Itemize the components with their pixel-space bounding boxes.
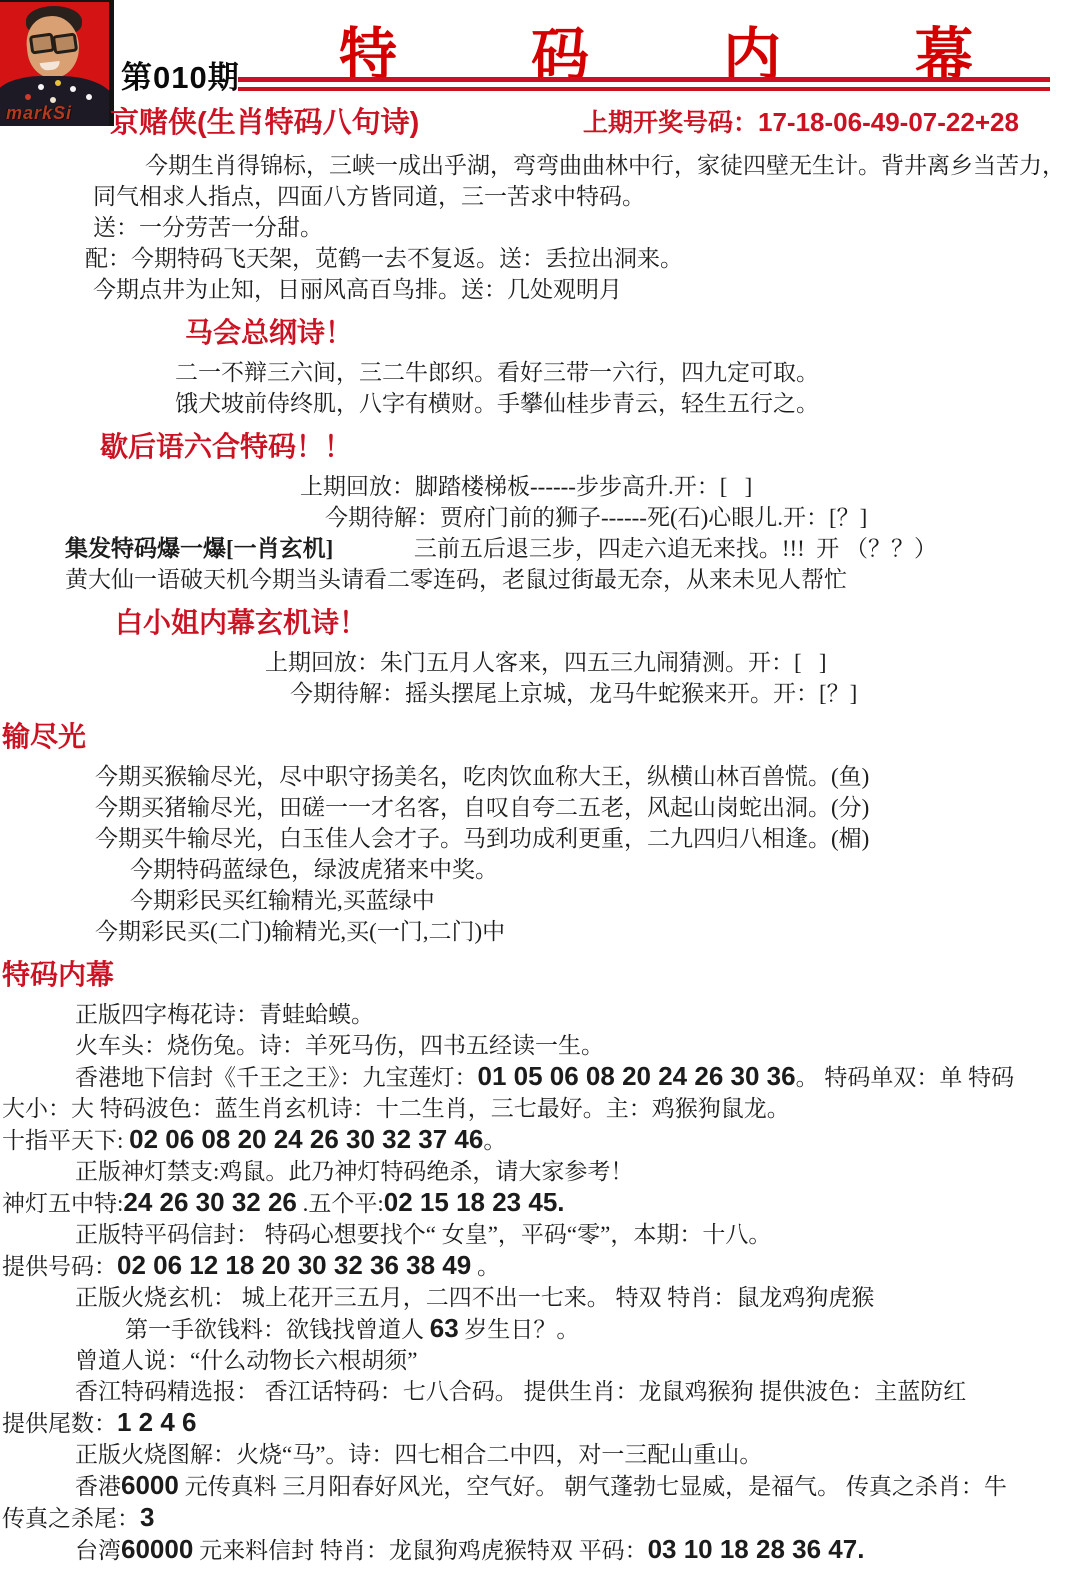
title-underline-bottom	[238, 87, 1050, 91]
number-run: 6000	[121, 1470, 179, 1500]
previous-draw: 上期开奖号码：17-18-06-49-07-22+28	[583, 103, 1019, 139]
text-segment: 特码内幕	[2, 959, 114, 990]
text-segment: 香港地下信封《千王之王》：九宝莲灯：	[75, 1065, 478, 1090]
text-segment: 二一不辩三六间，三二牛郎织。看好三带一六行，四九定可取。	[175, 360, 819, 385]
zengdaoren-line: 曾道人说：“什么动物长六根胡须”	[75, 1345, 1068, 1376]
number-run: 02 15 18 23 45.	[384, 1187, 565, 1217]
mahui-line-1: 二一不辩三六间，三二牛郎织。看好三带一六行，四九定可取。	[175, 357, 1068, 388]
text-segment: 今期待解：摇头摆尾上京城，龙马牛蛇猴来开。开：[？]	[290, 681, 857, 706]
text-segment: 集发特码爆一爆[一肖玄机]	[65, 536, 333, 561]
poem-line-3: 送：一分劳苦一分甜。	[93, 212, 1068, 243]
shendeng-jin-line: 正版神灯禁支:鸡鼠。此乃神灯特码绝杀，请大家参考！	[75, 1156, 1068, 1187]
shendeng-wu-line: 神灯五中特:24 26 30 32 26 .五个平:02 15 18 23 45…	[2, 1187, 1068, 1219]
baixiaojie-current: 今期待解：摇头摆尾上京城，龙马牛蛇猴来开。开：[？]	[290, 678, 1068, 709]
text-segment: 。 特码单双：单 特码	[796, 1065, 1015, 1090]
text-segment: 传真之杀尾：	[2, 1506, 140, 1531]
photo-watermark: markSi	[6, 103, 72, 124]
shujinguang-ox: 今期买牛输尽光，白玉佳人会才子。马到功成利更重，二九四归八相逢。(楣)	[95, 823, 1068, 854]
text-segment: 正版神灯禁支:鸡鼠。此乃神灯特码绝杀，请大家参考！	[75, 1159, 633, 1184]
huoshao-tujie-line: 正版火烧图解：火烧“马”。诗：四七相合二中四，对一三配山重山。	[75, 1439, 1068, 1470]
text-segment: 黄大仙一语破天机今期当头请看二零连码，老鼠过街最无奈，从来未见人帮忙	[65, 567, 847, 592]
xinfeng-line: 香港地下信封《千王之王》：九宝莲灯：01 05 06 08 20 24 26 3…	[75, 1061, 1068, 1093]
shujinguang-monkey: 今期买猴输尽光，尽中职守扬美名，吃肉饮血称大王，纵横山林百兽慌。(鱼)	[95, 761, 1068, 792]
tip-sheet-page: markSi 第010期 特 码 内 幕 京赌侠(生肖特码八句诗) 上期开奖号码…	[0, 0, 1068, 1575]
shujinguang-red: 今期彩民买红输精光,买蓝绿中	[130, 885, 1068, 916]
text-segment: 正版火烧图解：火烧“马”。诗：四七相合二中四，对一三配山重山。	[75, 1442, 762, 1467]
text-segment: 今期买猪输尽光，田磋一一才名客，自叹自夸二五老，风起山岗蛇出洞。(分)	[95, 795, 869, 820]
tigong-haoma-line: 提供号码：02 06 12 18 20 30 32 36 38 49 。	[2, 1250, 1068, 1282]
poem-line-2: 同气相求人指点，四面八方皆同道，三一苦求中特码。	[93, 181, 1068, 212]
text-segment: 今期买猴输尽光，尽中职守扬美名，吃肉饮血称大王，纵横山林百兽慌。(鱼)	[95, 764, 869, 789]
previous-draw-label: 上期开奖号码：	[583, 109, 758, 137]
number-run: 03 10 18 28 36 47.	[648, 1534, 865, 1564]
text-segment: 香港	[75, 1474, 121, 1499]
xiehouyu-prev: 上期回放：脚踏楼梯板------步步高升.开：[ ]	[300, 471, 1068, 502]
heading-shujinguang: 输尽光	[2, 717, 1068, 757]
text-segment: 今期彩民买(二门)输精光,买(一门,二门)中	[95, 919, 505, 944]
number-run: 24 26 30 32 26	[123, 1187, 297, 1217]
glasses-icon	[29, 32, 55, 54]
text-segment: 。	[483, 1128, 506, 1153]
photo-dot	[70, 86, 76, 92]
text-segment: .五个平:	[297, 1191, 384, 1216]
heading-temaneimu: 特码内幕	[2, 955, 1068, 995]
number-run: 3	[140, 1502, 154, 1532]
huangdaxian-line: 黄大仙一语破天机今期当头请看二零连码，老鼠过街最无奈，从来未见人帮忙	[65, 564, 1068, 595]
text-segment: 白小姐内幕玄机诗！	[115, 607, 367, 638]
document-body: 今期生肖得锦标，三峡一成出乎湖，弯弯曲曲林中行，家徒四壁无生计。背井离乡当苦力，…	[0, 150, 1068, 1566]
text-segment: 上期回放：脚踏楼梯板------步步高升.开：[ ]	[300, 474, 752, 499]
heading-mahui: 马会总纲诗！	[185, 313, 1068, 353]
text-segment: 元传真料 三月阳春好风光，空气好。 朝气蓬勃七显威，是福气。 传真之杀肖：牛	[179, 1474, 1007, 1499]
text-segment: 今期点井为止知，日丽风高百鸟排。送：几处观明月	[93, 277, 622, 302]
teping-line: 正版特平码信封： 特码心想要找个“ 女皇”，平码“零”，本期：十八。	[75, 1219, 1068, 1250]
text-segment: 火车头：烧伤兔。诗：羊死马伤，四书五经读一生。	[75, 1033, 604, 1058]
huoshao-xuanji-line: 正版火烧玄机： 城上花开三五月，二四不出一七来。 特双 特肖：鼠龙鸡狗虎猴	[75, 1282, 1068, 1313]
text-segment: 提供尾数：	[2, 1411, 117, 1436]
huochetou-line: 火车头：烧伤兔。诗：羊死马伤，四书五经读一生。	[75, 1030, 1068, 1061]
poem-line-4: 配：今期特码飞天架，苋鹤一去不复返。送：丢拉出洞来。	[85, 243, 1068, 274]
text-segment: 十指平天下:	[2, 1128, 129, 1153]
text-segment: 马会总纲诗！	[185, 317, 353, 348]
shizhi-line: 十指平天下: 02 06 08 20 24 26 30 32 37 46。	[2, 1124, 1068, 1156]
shujinguang-door: 今期彩民买(二门)输精光,买(一门,二门)中	[95, 916, 1068, 947]
mahui-line-2: 饿犬坡前侍终肌，八字有横财。手攀仙桂步青云，轻生五行之。	[175, 388, 1068, 419]
number-run: 02 06 08 20 24 26 30 32 37 46	[129, 1124, 483, 1154]
text-segment: 今期生肖得锦标，三峡一成出乎湖，弯弯曲曲林中行，家徒四壁无生计。背井离乡当苦力，	[145, 153, 1065, 178]
text-segment: 三前五后退三步，四走六追无来找。!!! 开 （？？）	[333, 536, 937, 561]
text-segment: 提供号码：	[2, 1254, 117, 1279]
publisher-photo: markSi	[0, 0, 114, 126]
shujinguang-pig: 今期买猪输尽光，田磋一一才名客，自叹自夸二五老，风起山岗蛇出洞。(分)	[95, 792, 1068, 823]
text-segment: 上期回放：朱门五月人客来，四五三九闹猜测。开：[ ]	[265, 650, 827, 675]
text-segment: 今期买牛输尽光，白玉佳人会才子。马到功成利更重，二九四归八相逢。(楣)	[95, 826, 869, 851]
poem-line-5: 今期点井为止知，日丽风高百鸟排。送：几处观明月	[93, 274, 1068, 305]
number-run: 02 06 12 18 20 30 32 36 38 49	[117, 1250, 471, 1280]
photo-dot	[25, 94, 31, 100]
poem-line-1: 今期生肖得锦标，三峡一成出乎湖，弯弯曲曲林中行，家徒四壁无生计。背井离乡当苦力，	[145, 150, 1068, 181]
text-segment: 神灯五中特:	[2, 1191, 123, 1216]
text-segment: 岁生日？。	[459, 1317, 580, 1342]
yuqian-line: 第一手欲钱料：欲钱找曾道人 63 岁生日？。	[125, 1313, 1068, 1345]
issue-number: 第010期	[121, 52, 240, 97]
text-segment: 正版四字梅花诗：青蛙蛤蟆。	[75, 1002, 374, 1027]
series-title: 京赌侠(生肖特码八句诗)	[110, 100, 419, 141]
heading-xiehouyu: 歇后语六合特码！！	[100, 427, 1068, 467]
text-segment: 配：今期特码飞天架，苋鹤一去不复返。送：丢拉出洞来。	[85, 246, 683, 271]
xiangjiang-line: 香江特码精选报： 香江话特码：七八合码。 提供生肖：龙鼠鸡猴狗 提供波色：主蓝防…	[75, 1376, 1068, 1407]
text-segment: 第一手欲钱料：欲钱找曾道人	[125, 1317, 430, 1342]
text-segment: 同气相求人指点，四面八方皆同道，三一苦求中特码。	[93, 184, 645, 209]
number-run: 63	[430, 1313, 459, 1343]
previous-draw-numbers: 17-18-06-49-07-22+28	[758, 107, 1019, 137]
text-segment: 输尽光	[2, 721, 86, 752]
daxiao-line: 大小：大 特码波色：蓝生肖玄机诗：十二生肖，三七最好。主：鸡猴狗鼠龙。	[2, 1093, 1068, 1124]
glasses-icon	[52, 32, 78, 54]
text-segment: 正版特平码信封： 特码心想要找个“ 女皇”，平码“零”，本期：十八。	[75, 1222, 771, 1247]
text-segment: 歇后语六合特码！！	[100, 431, 352, 462]
text-segment: 今期待解：贾府门前的狮子------死(石)心眼儿.开：[？]	[325, 505, 867, 530]
photo-dot	[38, 84, 44, 90]
number-run: 60000	[121, 1534, 193, 1564]
text-segment: 送：一分劳苦一分甜。	[93, 215, 323, 240]
text-segment: 正版火烧玄机： 城上花开三五月，二四不出一七来。 特双 特肖：鼠龙鸡狗虎猴	[75, 1285, 874, 1310]
shawei-line: 传真之杀尾：3	[2, 1502, 1068, 1534]
chuanzhen-line: 香港6000 元传真料 三月阳春好风光，空气好。 朝气蓬勃七显威，是福气。 传真…	[75, 1470, 1068, 1502]
baixiaojie-prev: 上期回放：朱门五月人客来，四五三九闹猜测。开：[ ]	[265, 647, 1068, 678]
title-underline-top	[238, 77, 1050, 82]
text-segment: 今期彩民买红输精光,买蓝绿中	[130, 888, 435, 913]
number-run: 01 05 06 08 20 24 26 30 36	[478, 1061, 796, 1091]
photo-dot	[86, 94, 92, 100]
text-segment: 元来料信封 特肖：龙鼠狗鸡虎猴特双 平码：	[193, 1538, 647, 1563]
meihua-line: 正版四字梅花诗：青蛙蛤蟆。	[75, 999, 1068, 1030]
text-segment: 今期特码蓝绿色，绿波虎猪来中奖。	[130, 857, 498, 882]
text-segment: 台湾	[75, 1538, 121, 1563]
text-segment: 香江特码精选报： 香江话特码：七八合码。 提供生肖：龙鼠鸡猴狗 提供波色：主蓝防…	[75, 1379, 966, 1404]
tigong-weishu-line: 提供尾数：1 2 4 6	[2, 1407, 1068, 1439]
shujinguang-color: 今期特码蓝绿色，绿波虎猪来中奖。	[130, 854, 1068, 885]
xiehouyu-current: 今期待解：贾府门前的狮子------死(石)心眼儿.开：[？]	[325, 502, 1068, 533]
taiwan-line: 台湾60000 元来料信封 特肖：龙鼠狗鸡虎猴特双 平码：03 10 18 28…	[75, 1534, 1068, 1566]
text-segment: 饿犬坡前侍终肌，八字有横财。手攀仙桂步青云，轻生五行之。	[175, 391, 819, 416]
photo-dot	[55, 80, 61, 86]
text-segment: 曾道人说：“什么动物长六根胡须”	[75, 1348, 417, 1373]
jifa-line: 集发特码爆一爆[一肖玄机] 三前五后退三步，四走六追无来找。!!! 开 （？？）	[65, 533, 1068, 564]
heading-baixiaojie: 白小姐内幕玄机诗！	[115, 603, 1068, 643]
text-segment: 。	[471, 1254, 500, 1279]
text-segment: 大小：大 特码波色：蓝生肖玄机诗：十二生肖，三七最好。主：鸡猴狗鼠龙。	[2, 1096, 790, 1121]
number-run: 1 2 4 6	[117, 1407, 197, 1437]
